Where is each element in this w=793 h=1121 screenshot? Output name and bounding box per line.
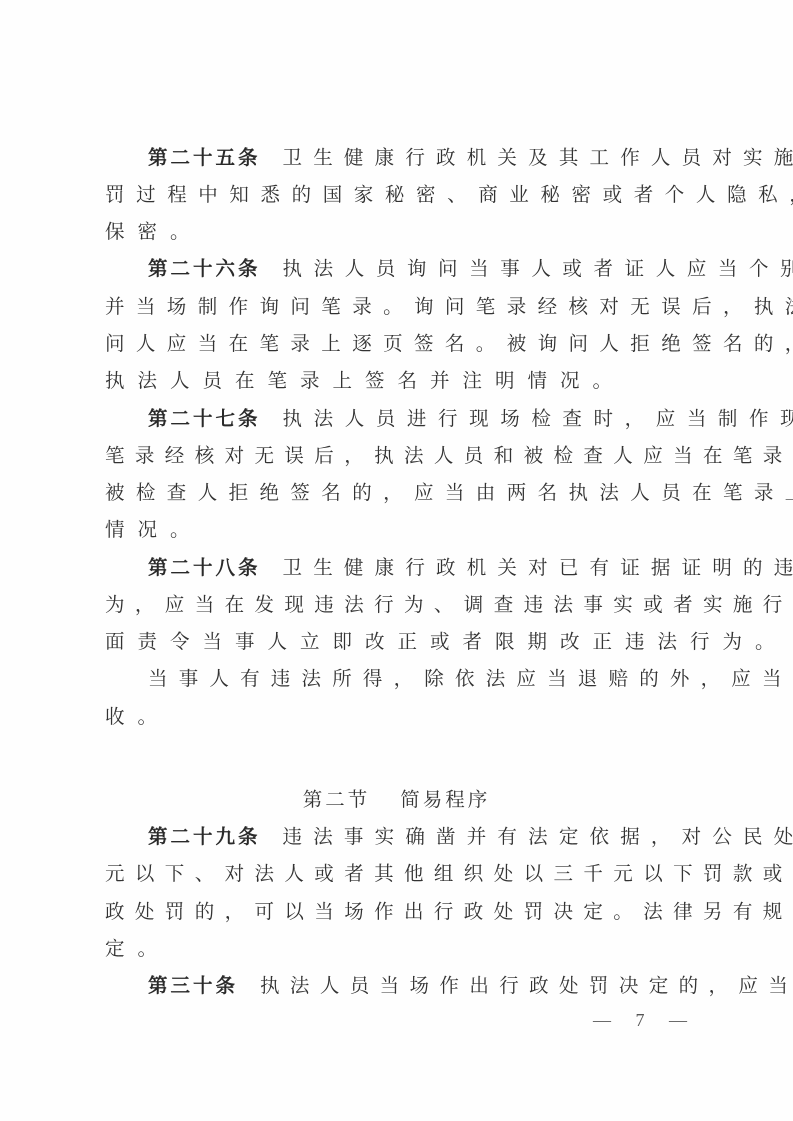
article-29-text: 违法事实确凿并有法定依据，对公民处以二百 [283, 825, 793, 848]
article-29-line-4: 定。 [105, 930, 695, 967]
article-27-text: 执法人员进行现场检查时，应当制作现场笔录， [283, 407, 793, 430]
article-28-paragraph-2-line-2: 收。 [105, 698, 695, 735]
article-26-first-line: 第二十六条执法人员询问当事人或者证人应当个别进行， [148, 250, 695, 287]
article-27-line-4: 情况。 [105, 511, 695, 548]
article-28-line-3: 面责令当事人立即改正或者限期改正违法行为。 [105, 623, 695, 660]
article-28-text: 卫生健康行政机关对已有证据证明的违法行 [283, 556, 793, 579]
article-25-text: 卫生健康行政机关及其工作人员对实施行政处 [283, 146, 793, 169]
section-title: 简易程序 [400, 788, 490, 811]
article-27-heading: 第二十七条 [148, 407, 261, 430]
article-25-heading: 第二十五条 [148, 146, 261, 169]
article-30-text: 执法人员当场作出行政处罚决定的，应当向当事 [260, 974, 793, 997]
article-28-paragraph-2-line-1: 当事人有违法所得，除依法应当退赔的外，应当依法予以没 [148, 660, 695, 697]
article-27-line-2: 笔录经核对无误后，执法人员和被检查人应当在笔录上逐页签名， [105, 437, 695, 474]
article-27-first-line: 第二十七条执法人员进行现场检查时，应当制作现场笔录， [148, 400, 695, 437]
article-25-line-3: 保密。 [105, 213, 695, 250]
article-28-line-2: 为，应当在发现违法行为、调查违法事实或者实施行政处罚时，书 [105, 586, 695, 623]
section-heading: 第二节简易程序 [0, 781, 793, 818]
document-page: 第二十五条卫生健康行政机关及其工作人员对实施行政处 罚过程中知悉的国家秘密、商业… [0, 0, 793, 1121]
article-27-line-3: 被检查人拒绝签名的，应当由两名执法人员在笔录上签名并注明 [105, 474, 695, 511]
article-28-first-line: 第二十八条卫生健康行政机关对已有证据证明的违法行 [148, 549, 695, 586]
section-number: 第二节 [303, 788, 371, 811]
article-26-line-2: 并当场制作询问笔录。询问笔录经核对无误后，执法人员和被询 [105, 288, 695, 325]
article-28-heading: 第二十八条 [148, 556, 261, 579]
article-29-first-line: 第二十九条违法事实确凿并有法定依据，对公民处以二百 [148, 818, 695, 855]
article-26-line-4: 执法人员在笔录上签名并注明情况。 [105, 362, 695, 399]
article-29-heading: 第二十九条 [148, 825, 261, 848]
article-25-first-line: 第二十五条卫生健康行政机关及其工作人员对实施行政处 [148, 139, 695, 176]
article-29-line-3: 政处罚的，可以当场作出行政处罚决定。法律另有规定的，从其规 [105, 893, 695, 930]
article-26-line-3: 问人应当在笔录上逐页签名。被询问人拒绝签名的，应当由两名 [105, 325, 695, 362]
article-30-first-line: 第三十条执法人员当场作出行政处罚决定的，应当向当事 [148, 967, 695, 1004]
article-25-line-2: 罚过程中知悉的国家秘密、商业秘密或者个人隐私，应当依法予以 [105, 176, 695, 213]
article-26-text: 执法人员询问当事人或者证人应当个别进行， [283, 257, 793, 280]
article-26-heading: 第二十六条 [148, 257, 261, 280]
article-30-heading: 第三十条 [148, 974, 238, 997]
article-29-line-2: 元以下、对法人或者其他组织处以三千元以下罚款或者警告的行 [105, 855, 695, 892]
page-number: — 7 — [593, 1008, 697, 1032]
